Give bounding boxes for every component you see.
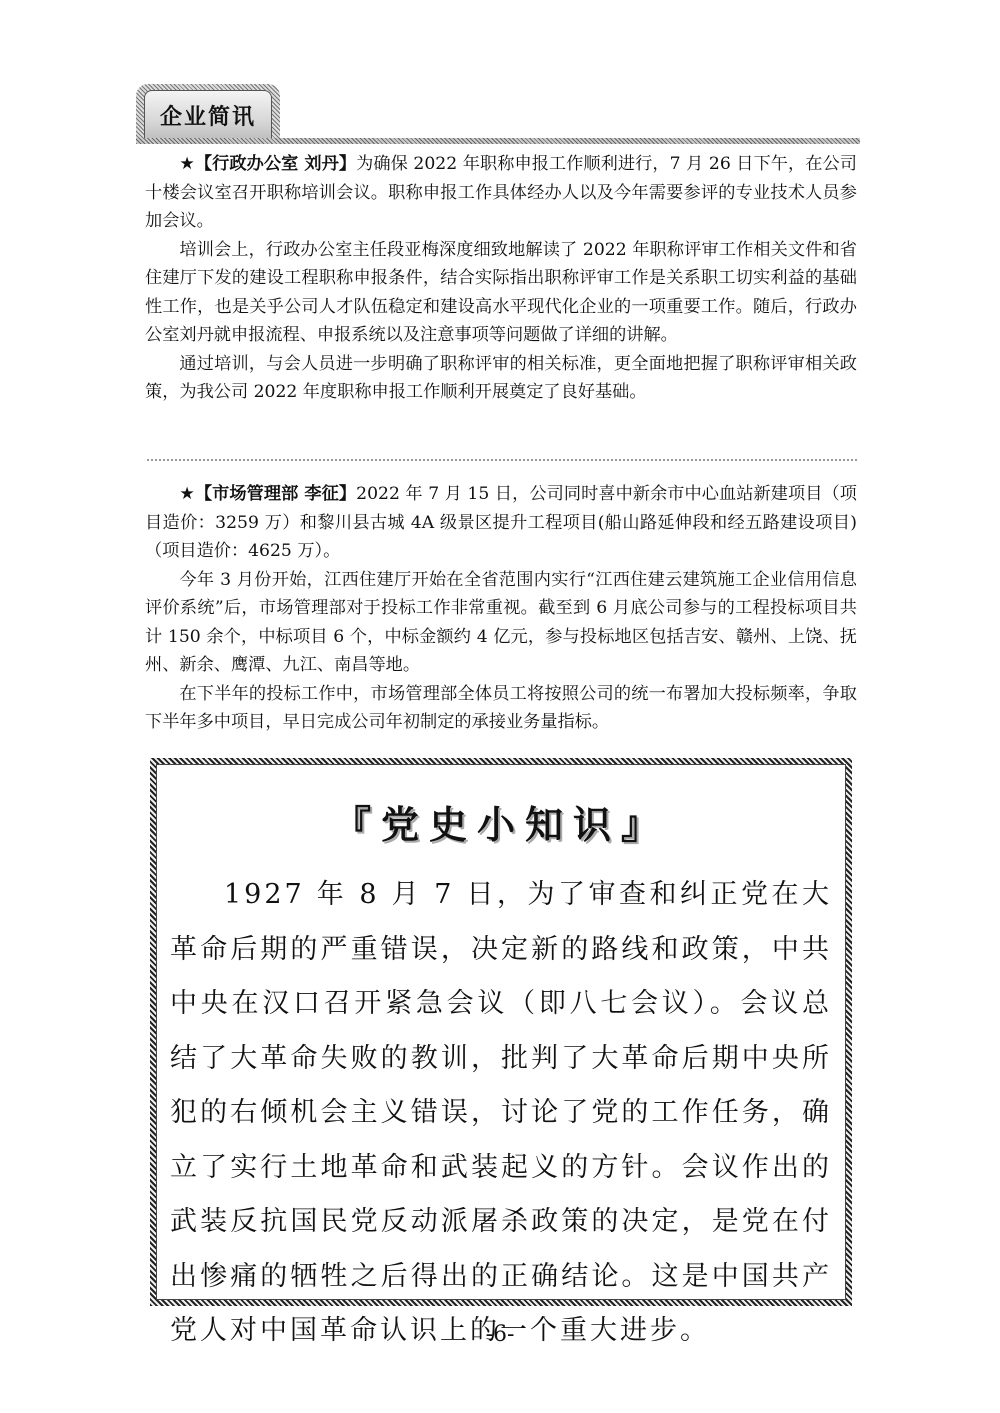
article-paragraph: ★【市场管理部 李征】2022 年 7 月 15 日，公司同时喜中新余市中心血站… xyxy=(145,480,857,566)
article-lead: ★【市场管理部 李征】 xyxy=(179,484,356,504)
article-admin-office: ★【行政办公室 刘丹】为确保 2022 年职称申报工作顺利进行，7 月 26 日… xyxy=(145,150,857,407)
section-divider xyxy=(147,459,857,461)
article-paragraph: 今年 3 月份开始，江西住建厅开始在全省范围内实行“江西住建云建筑施工企业信用信… xyxy=(145,566,857,680)
article-paragraph: 在下半年的投标工作中，市场管理部全体员工将按照公司的统一布署加大投标频率，争取下… xyxy=(145,680,857,737)
box-paragraph: 1927 年 8 月 7 日，为了审查和纠正党在大革命后期的严重错误，决定新的路… xyxy=(170,868,832,1359)
article-lead: ★【行政办公室 刘丹】 xyxy=(179,154,356,174)
section-header-tab: 企业简讯 xyxy=(136,84,280,140)
article-paragraph: 培训会上，行政办公室主任段亚梅深度细致地解读了 2022 年职称评审工作相关文件… xyxy=(145,236,857,350)
article-market-dept: ★【市场管理部 李征】2022 年 7 月 15 日，公司同时喜中新余市中心血站… xyxy=(145,480,857,737)
page-number: -6- xyxy=(0,1322,1000,1347)
party-history-box: 『党史小知识』 1927 年 8 月 7 日，为了审查和纠正党在大革命后期的严重… xyxy=(150,758,852,1306)
section-title: 企业简讯 xyxy=(160,100,256,131)
article-paragraph: ★【行政办公室 刘丹】为确保 2022 年职称申报工作顺利进行，7 月 26 日… xyxy=(145,150,857,236)
section-header-inner: 企业简讯 xyxy=(144,90,272,140)
article-paragraph: 通过培训，与会人员进一步明确了职称评审的相关标准，更全面地把握了职称评审相关政策… xyxy=(145,350,857,407)
header-rule xyxy=(136,138,860,144)
box-title: 『党史小知识』 xyxy=(156,794,846,849)
box-body: 1927 年 8 月 7 日，为了审查和纠正党在大革命后期的严重错误，决定新的路… xyxy=(170,868,832,1359)
